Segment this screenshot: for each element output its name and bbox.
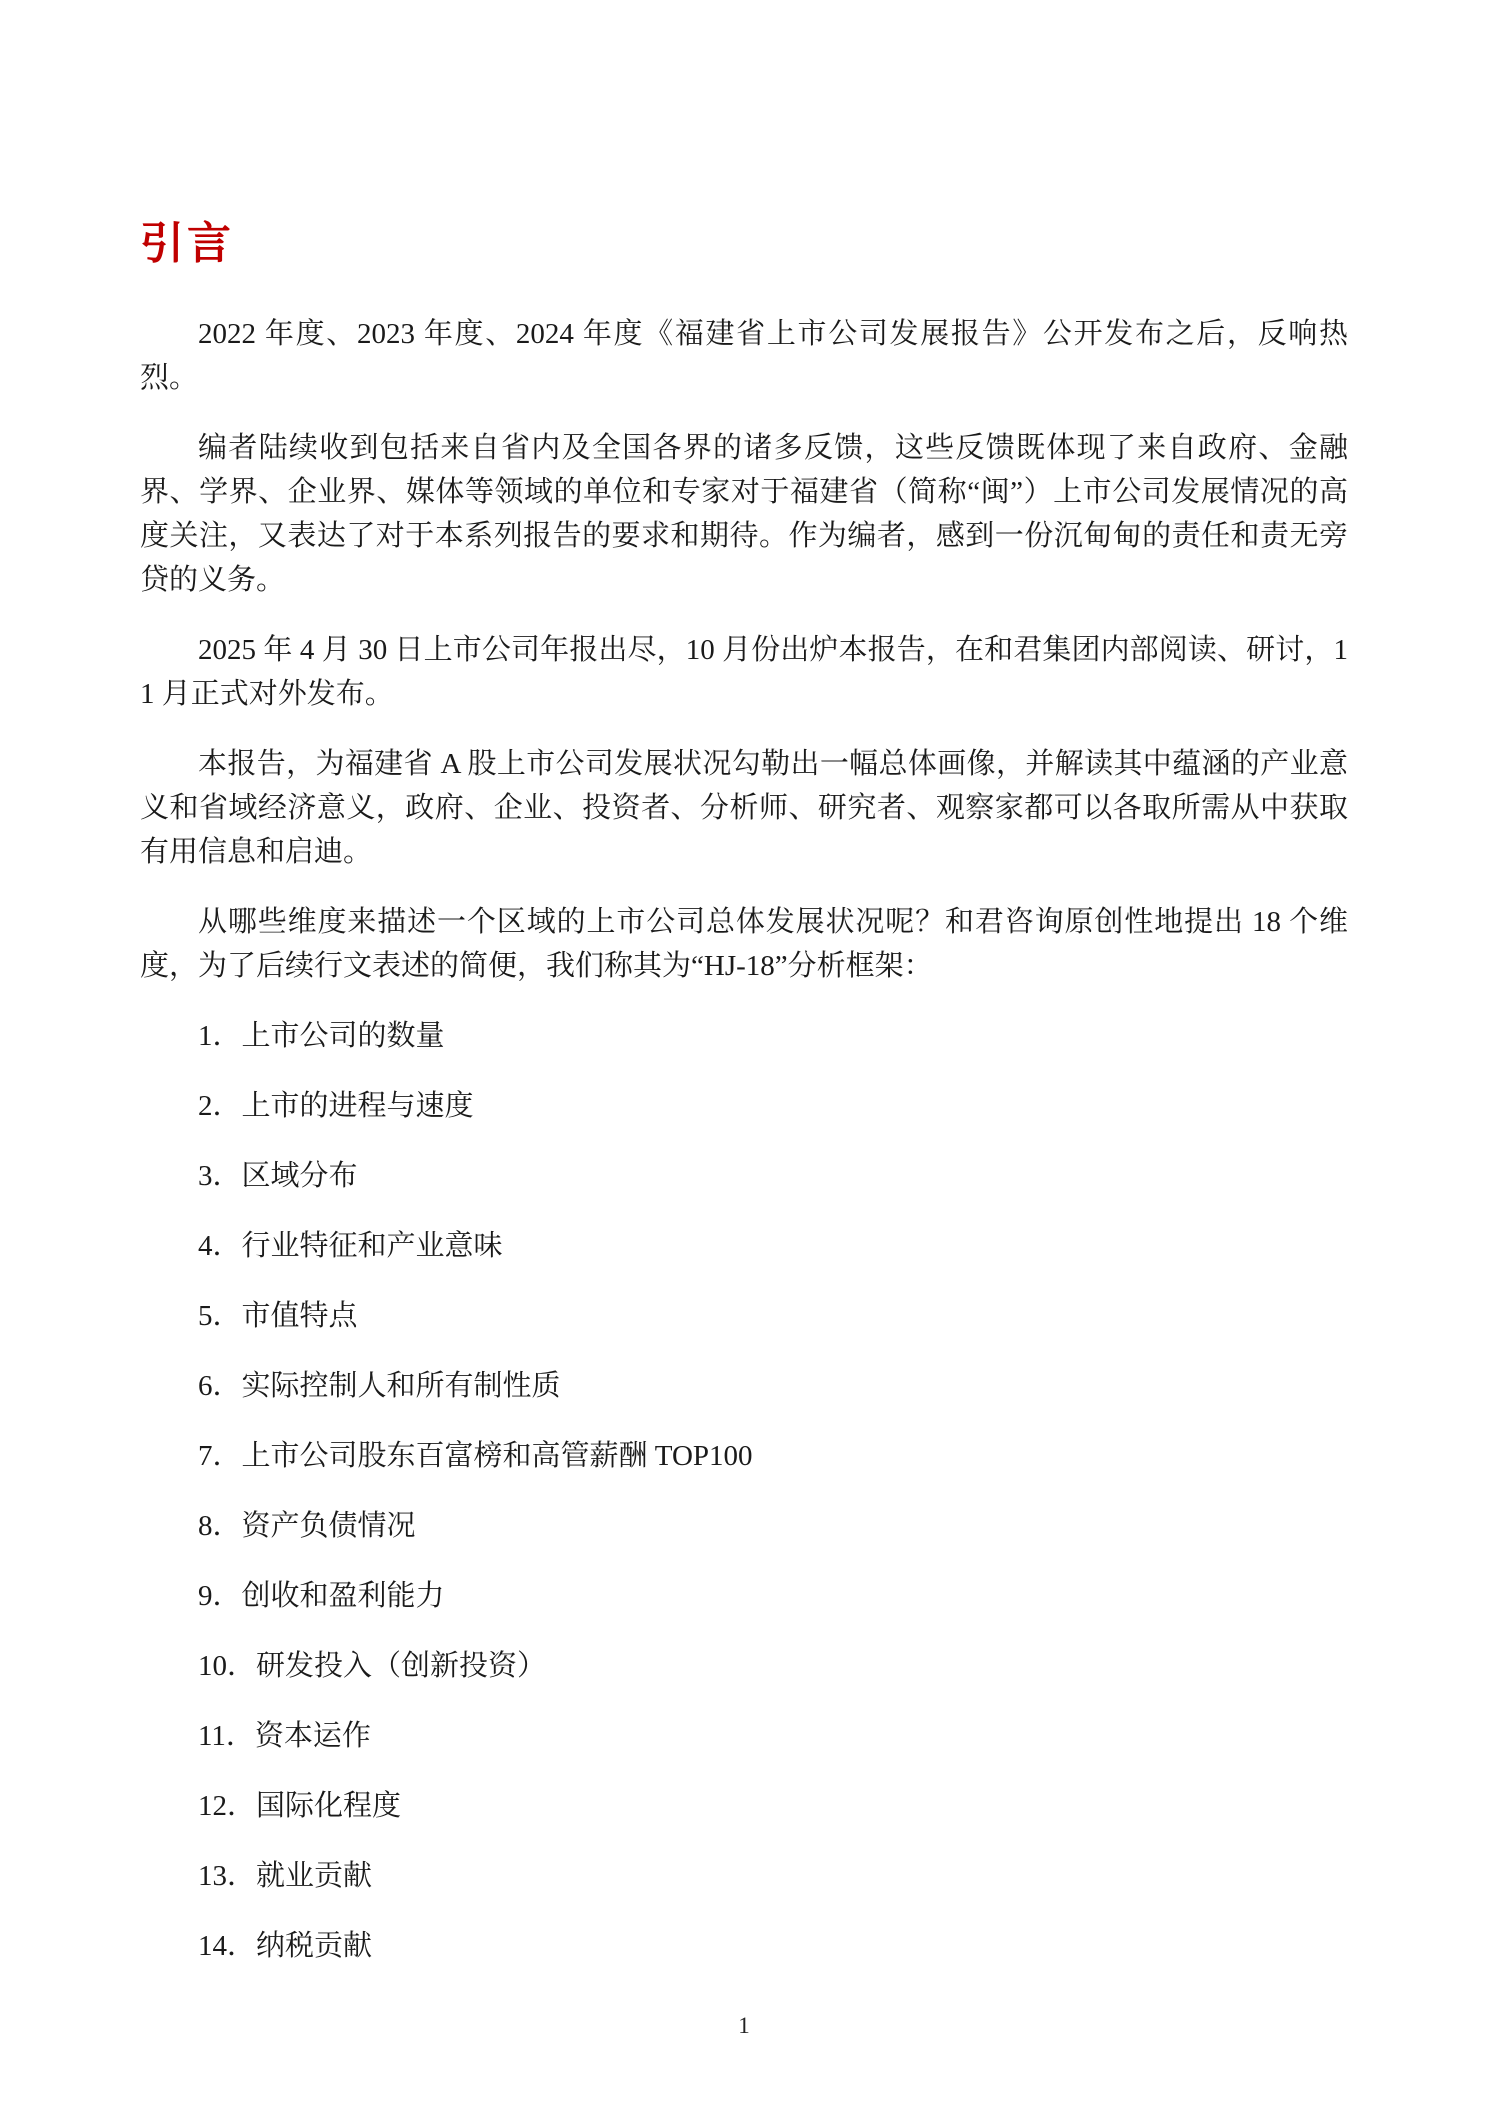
framework-item-3: 3．区域分布: [140, 1154, 1348, 1198]
framework-item-8: 8．资产负债情况: [140, 1504, 1348, 1548]
framework-item-9: 9．创收和盈利能力: [140, 1574, 1348, 1618]
paragraph-feedback: 编者陆续收到包括来自省内及全国各界的诸多反馈，这些反馈既体现了来自政府、金融界、…: [140, 426, 1348, 602]
framework-item-14: 14．纳税贡献: [140, 1924, 1348, 1968]
paragraph-report-purpose: 本报告，为福建省 A 股上市公司发展状况勾勒出一幅总体画像，并解读其中蕴涵的产业…: [140, 742, 1348, 874]
framework-item-7: 7．上市公司股东百富榜和高管薪酬 TOP100: [140, 1434, 1348, 1478]
framework-item-1: 1．上市公司的数量: [140, 1014, 1348, 1058]
framework-item-10: 10．研发投入（创新投资）: [140, 1644, 1348, 1688]
page-number: 1: [0, 2013, 1488, 2039]
document-page: 引言 2022 年度、2023 年度、2024 年度《福建省上市公司发展报告》公…: [0, 0, 1488, 2103]
paragraph-hj18-framework: 从哪些维度来描述一个区域的上市公司总体发展状况呢？和君咨询原创性地提出 18 个…: [140, 900, 1348, 988]
framework-item-13: 13．就业贡献: [140, 1854, 1348, 1898]
framework-item-4: 4．行业特征和产业意味: [140, 1224, 1348, 1268]
paragraph-timeline: 2025 年 4 月 30 日上市公司年报出尽，10 月份出炉本报告，在和君集团…: [140, 628, 1348, 716]
framework-item-6: 6．实际控制人和所有制性质: [140, 1364, 1348, 1408]
framework-item-2: 2．上市的进程与速度: [140, 1084, 1348, 1128]
framework-item-5: 5．市值特点: [140, 1294, 1348, 1338]
section-heading: 引言: [140, 222, 1348, 266]
framework-item-11: 11．资本运作: [140, 1714, 1348, 1758]
paragraph-intro-reports: 2022 年度、2023 年度、2024 年度《福建省上市公司发展报告》公开发布…: [140, 312, 1348, 400]
framework-item-12: 12．国际化程度: [140, 1784, 1348, 1828]
